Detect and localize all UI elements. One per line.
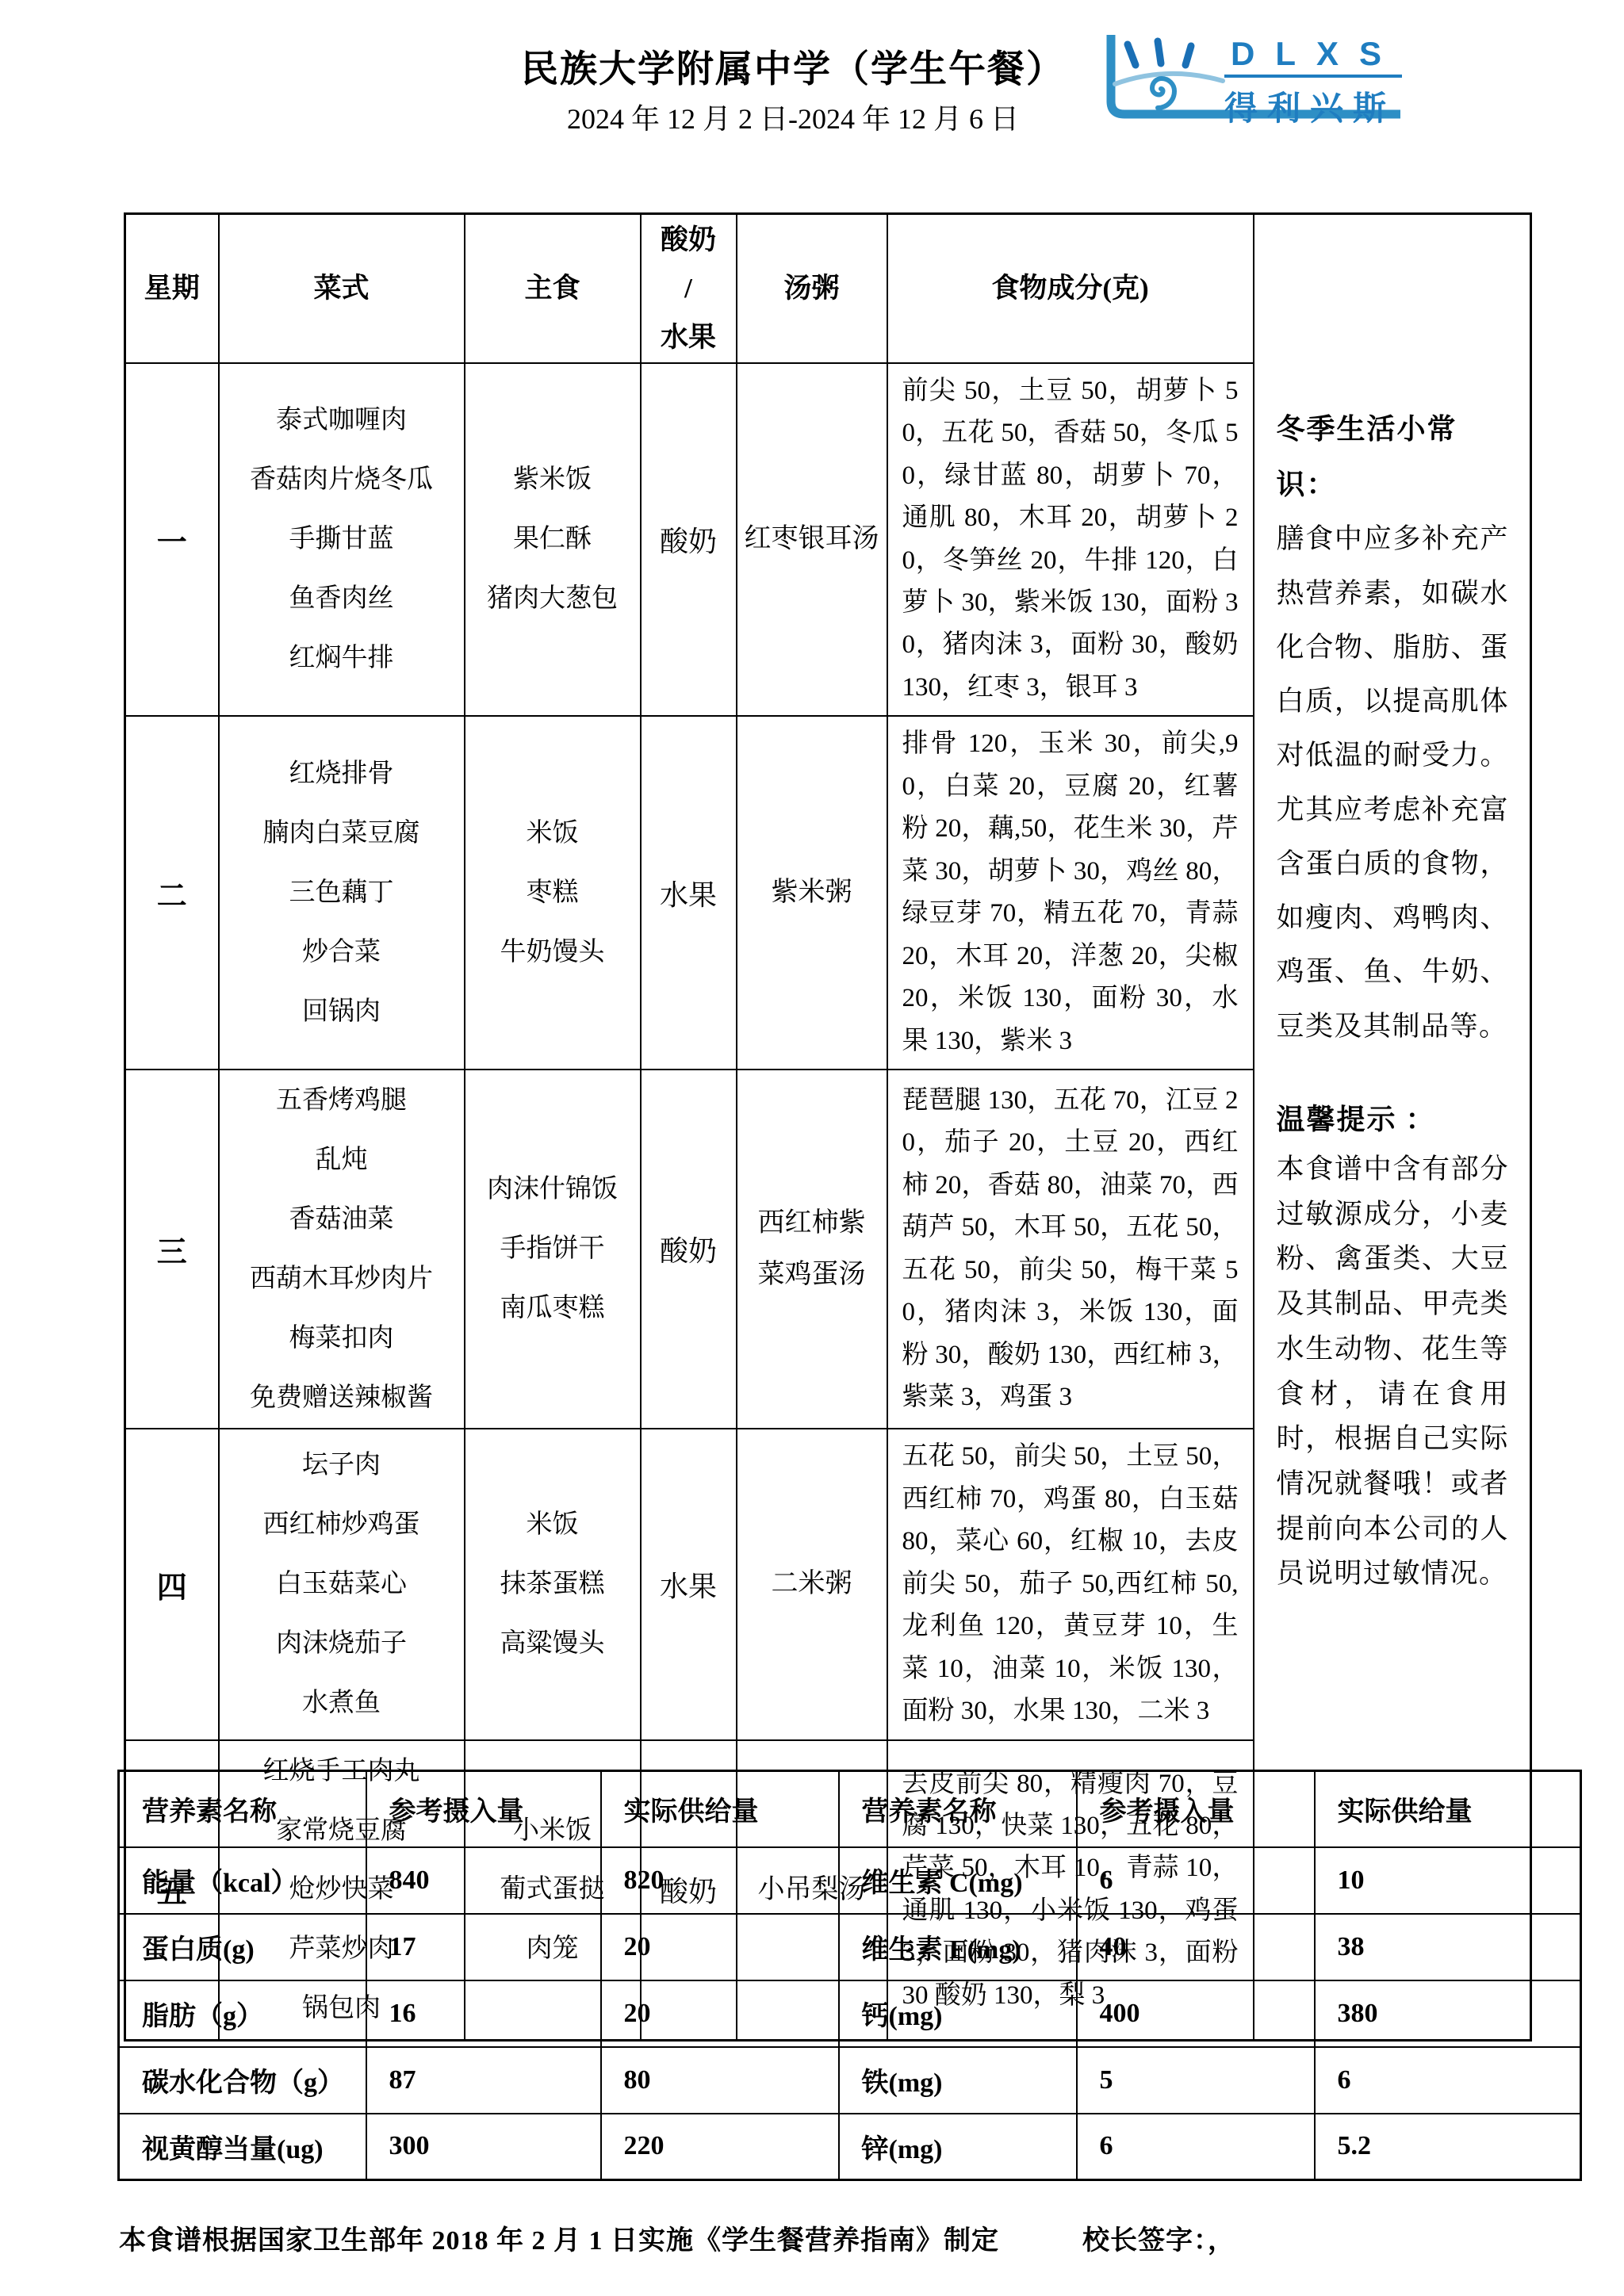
nutrition-row: 能量（kcal）840820维生素 C(mg)610	[119, 1847, 1581, 1914]
nutrient-name: 视黄醇当量(ug)	[119, 2114, 366, 2180]
yogurt-fruit-cell: 酸奶	[641, 1070, 737, 1429]
nutrition-col-actual: 实际供给量	[1315, 1771, 1581, 1847]
soup-cell: 西红柿紫 菜鸡蛋汤	[737, 1070, 887, 1429]
nutrient-name: 锌(mg)	[839, 2114, 1077, 2180]
nutrient-name: 碳水化合物（g）	[119, 2047, 366, 2114]
soup-cell: 二米粥	[737, 1429, 887, 1739]
reference-intake: 6	[1077, 2114, 1315, 2180]
actual-supply: 38	[1315, 1914, 1581, 1980]
nutrient-name: 铁(mg)	[839, 2047, 1077, 2114]
nutrition-col-reference: 参考摄入量	[1077, 1771, 1315, 1847]
winter-tips-title: 冬季生活小常识：	[1277, 401, 1510, 512]
actual-supply: 80	[601, 2047, 839, 2114]
yogurt-fruit-cell: 酸奶	[641, 363, 737, 717]
reference-intake: 40	[1077, 1914, 1315, 1980]
actual-supply: 10	[1315, 1847, 1581, 1914]
nutrient-name: 脂肪（g）	[119, 1980, 366, 2047]
col-header-soup: 汤粥	[737, 214, 887, 363]
composition-cell: 五花 50，前尖 50，土豆 50，西红柿 70，鸡蛋 80，白玉菇 80，菜心…	[887, 1429, 1254, 1739]
weekly-menu-table: 星期 菜式 主食 酸奶 / 水果 汤粥 食物成分(克) 冬季生活小常识： 膳食中…	[124, 212, 1532, 2042]
actual-supply: 20	[601, 1914, 839, 1980]
dishes-cell: 红烧排骨 腩肉白菜豆腐 三色藕丁 炒合菜 回锅肉	[219, 716, 465, 1070]
day-cell: 二	[125, 716, 219, 1070]
staple-cell: 肉沫什锦饭 手指饼干 南瓜枣糕	[465, 1070, 641, 1429]
reference-intake: 840	[366, 1847, 601, 1914]
nutrient-name: 维生素 C(mg)	[839, 1847, 1077, 1914]
dishes-cell: 五香烤鸡腿 乱炖 香菇油菜 西葫木耳炒肉片 梅菜扣肉 免费赠送辣椒酱	[219, 1070, 465, 1429]
col-header-yogurt-fruit: 酸奶 / 水果	[641, 214, 737, 363]
nutrition-col-name: 营养素名称	[839, 1771, 1077, 1847]
reference-intake: 400	[1077, 1980, 1315, 2047]
dishes-cell: 坛子肉 西红柿炒鸡蛋 白玉菇菜心 肉沫烧茄子 水煮鱼	[219, 1429, 465, 1739]
actual-supply: 380	[1315, 1980, 1581, 2047]
reference-intake: 16	[366, 1980, 601, 2047]
actual-supply: 6	[1315, 2047, 1581, 2114]
reference-intake: 5	[1077, 2047, 1315, 2114]
actual-supply: 5.2	[1315, 2114, 1581, 2180]
nutrient-name: 维生素 E(mg)	[839, 1914, 1077, 1980]
nutrient-name: 钙(mg)	[839, 1980, 1077, 2047]
nutrient-name: 能量（kcal）	[119, 1847, 366, 1914]
logo-abbreviation: DLXS	[1224, 35, 1402, 78]
allergy-notice-title: 温馨提示 ：	[1277, 1092, 1510, 1147]
nutrition-table: 营养素名称 参考摄入量 实际供给量 营养素名称 参考摄入量 实际供给量 能量（k…	[117, 1770, 1582, 2181]
col-header-day: 星期	[125, 214, 219, 363]
actual-supply: 220	[601, 2114, 839, 2180]
soup-cell: 紫米粥	[737, 716, 887, 1070]
menu-header-row: 星期 菜式 主食 酸奶 / 水果 汤粥 食物成分(克) 冬季生活小常识： 膳食中…	[125, 214, 1531, 363]
actual-supply: 820	[601, 1847, 839, 1914]
day-cell: 三	[125, 1070, 219, 1429]
nutrition-col-actual: 实际供给量	[601, 1771, 839, 1847]
nutrition-row: 视黄醇当量(ug)300220锌(mg)65.2	[119, 2114, 1581, 2180]
reference-intake: 17	[366, 1914, 601, 1980]
soup-cell: 红枣银耳汤	[737, 363, 887, 717]
nutrient-name: 蛋白质(g)	[119, 1914, 366, 1980]
col-header-staple: 主食	[465, 214, 641, 363]
footer-note: 本食谱根据国家卫生部年 2018 年 2 月 1 日实施《学生餐营养指南》制定 …	[119, 2218, 1235, 2257]
col-header-composition: 食物成分(克)	[887, 214, 1254, 363]
day-cell: 四	[125, 1429, 219, 1739]
staple-cell: 米饭 枣糕 牛奶馒头	[465, 716, 641, 1070]
day-cell: 一	[125, 363, 219, 717]
reference-intake: 6	[1077, 1847, 1315, 1914]
reference-intake: 300	[366, 2114, 601, 2180]
winter-tips-body: 膳食中应多补充产热营养素，如碳水化合物、脂肪、蛋白质，以提高肌体对低温的耐受力。…	[1277, 512, 1510, 1054]
nutrition-col-reference: 参考摄入量	[366, 1771, 601, 1847]
logo-company-name: 得利兴斯	[1224, 82, 1396, 130]
staple-cell: 紫米饭 果仁酥 猪肉大葱包	[465, 363, 641, 717]
nutrition-row: 脂肪（g）1620钙(mg)400380	[119, 1980, 1581, 2047]
allergy-notice-body: 本食谱中含有部分过敏源成分，小麦粉、禽蛋类、大豆及其制品、甲壳类水生动物、花生等…	[1277, 1147, 1510, 1597]
dishes-cell: 泰式咖喱肉 香菇肉片烧冬瓜 手撕甘蓝 鱼香肉丝 红焖牛排	[219, 363, 465, 717]
staple-cell: 米饭 抹茶蛋糕 高粱馒头	[465, 1429, 641, 1739]
lunch-menu-page: 民族大学附属中学（学生午餐） 2024 年 12 月 2 日-2024 年 12…	[0, 0, 1624, 2296]
nutrition-row: 蛋白质(g)1720维生素 E(mg)4038	[119, 1914, 1581, 1980]
nutrition-row: 碳水化合物（g）8780铁(mg)56	[119, 2047, 1581, 2114]
col-header-dishes: 菜式	[219, 214, 465, 363]
reference-intake: 87	[366, 2047, 601, 2114]
composition-cell: 前尖 50，土豆 50，胡萝卜 50，五花 50，香菇 50，冬瓜 50，绿甘蓝…	[887, 363, 1254, 717]
nutrition-header-row: 营养素名称 参考摄入量 实际供给量 营养素名称 参考摄入量 实际供给量	[119, 1771, 1581, 1847]
actual-supply: 20	[601, 1980, 839, 2047]
yogurt-fruit-cell: 水果	[641, 716, 737, 1070]
sidebar-notes: 冬季生活小常识： 膳食中应多补充产热营养素，如碳水化合物、脂肪、蛋白质，以提高肌…	[1254, 214, 1531, 2041]
company-logo: DLXS 得利兴斯	[1104, 33, 1423, 130]
composition-cell: 排骨 120，玉米 30，前尖,90，白菜 20，豆腐 20，红薯粉 20，藕,…	[887, 716, 1254, 1070]
nutrition-col-name: 营养素名称	[119, 1771, 366, 1847]
composition-cell: 琵琶腿 130，五花 70，江豆 20，茄子 20，土豆 20，西红柿 20，香…	[887, 1070, 1254, 1429]
yogurt-fruit-cell: 水果	[641, 1429, 737, 1739]
